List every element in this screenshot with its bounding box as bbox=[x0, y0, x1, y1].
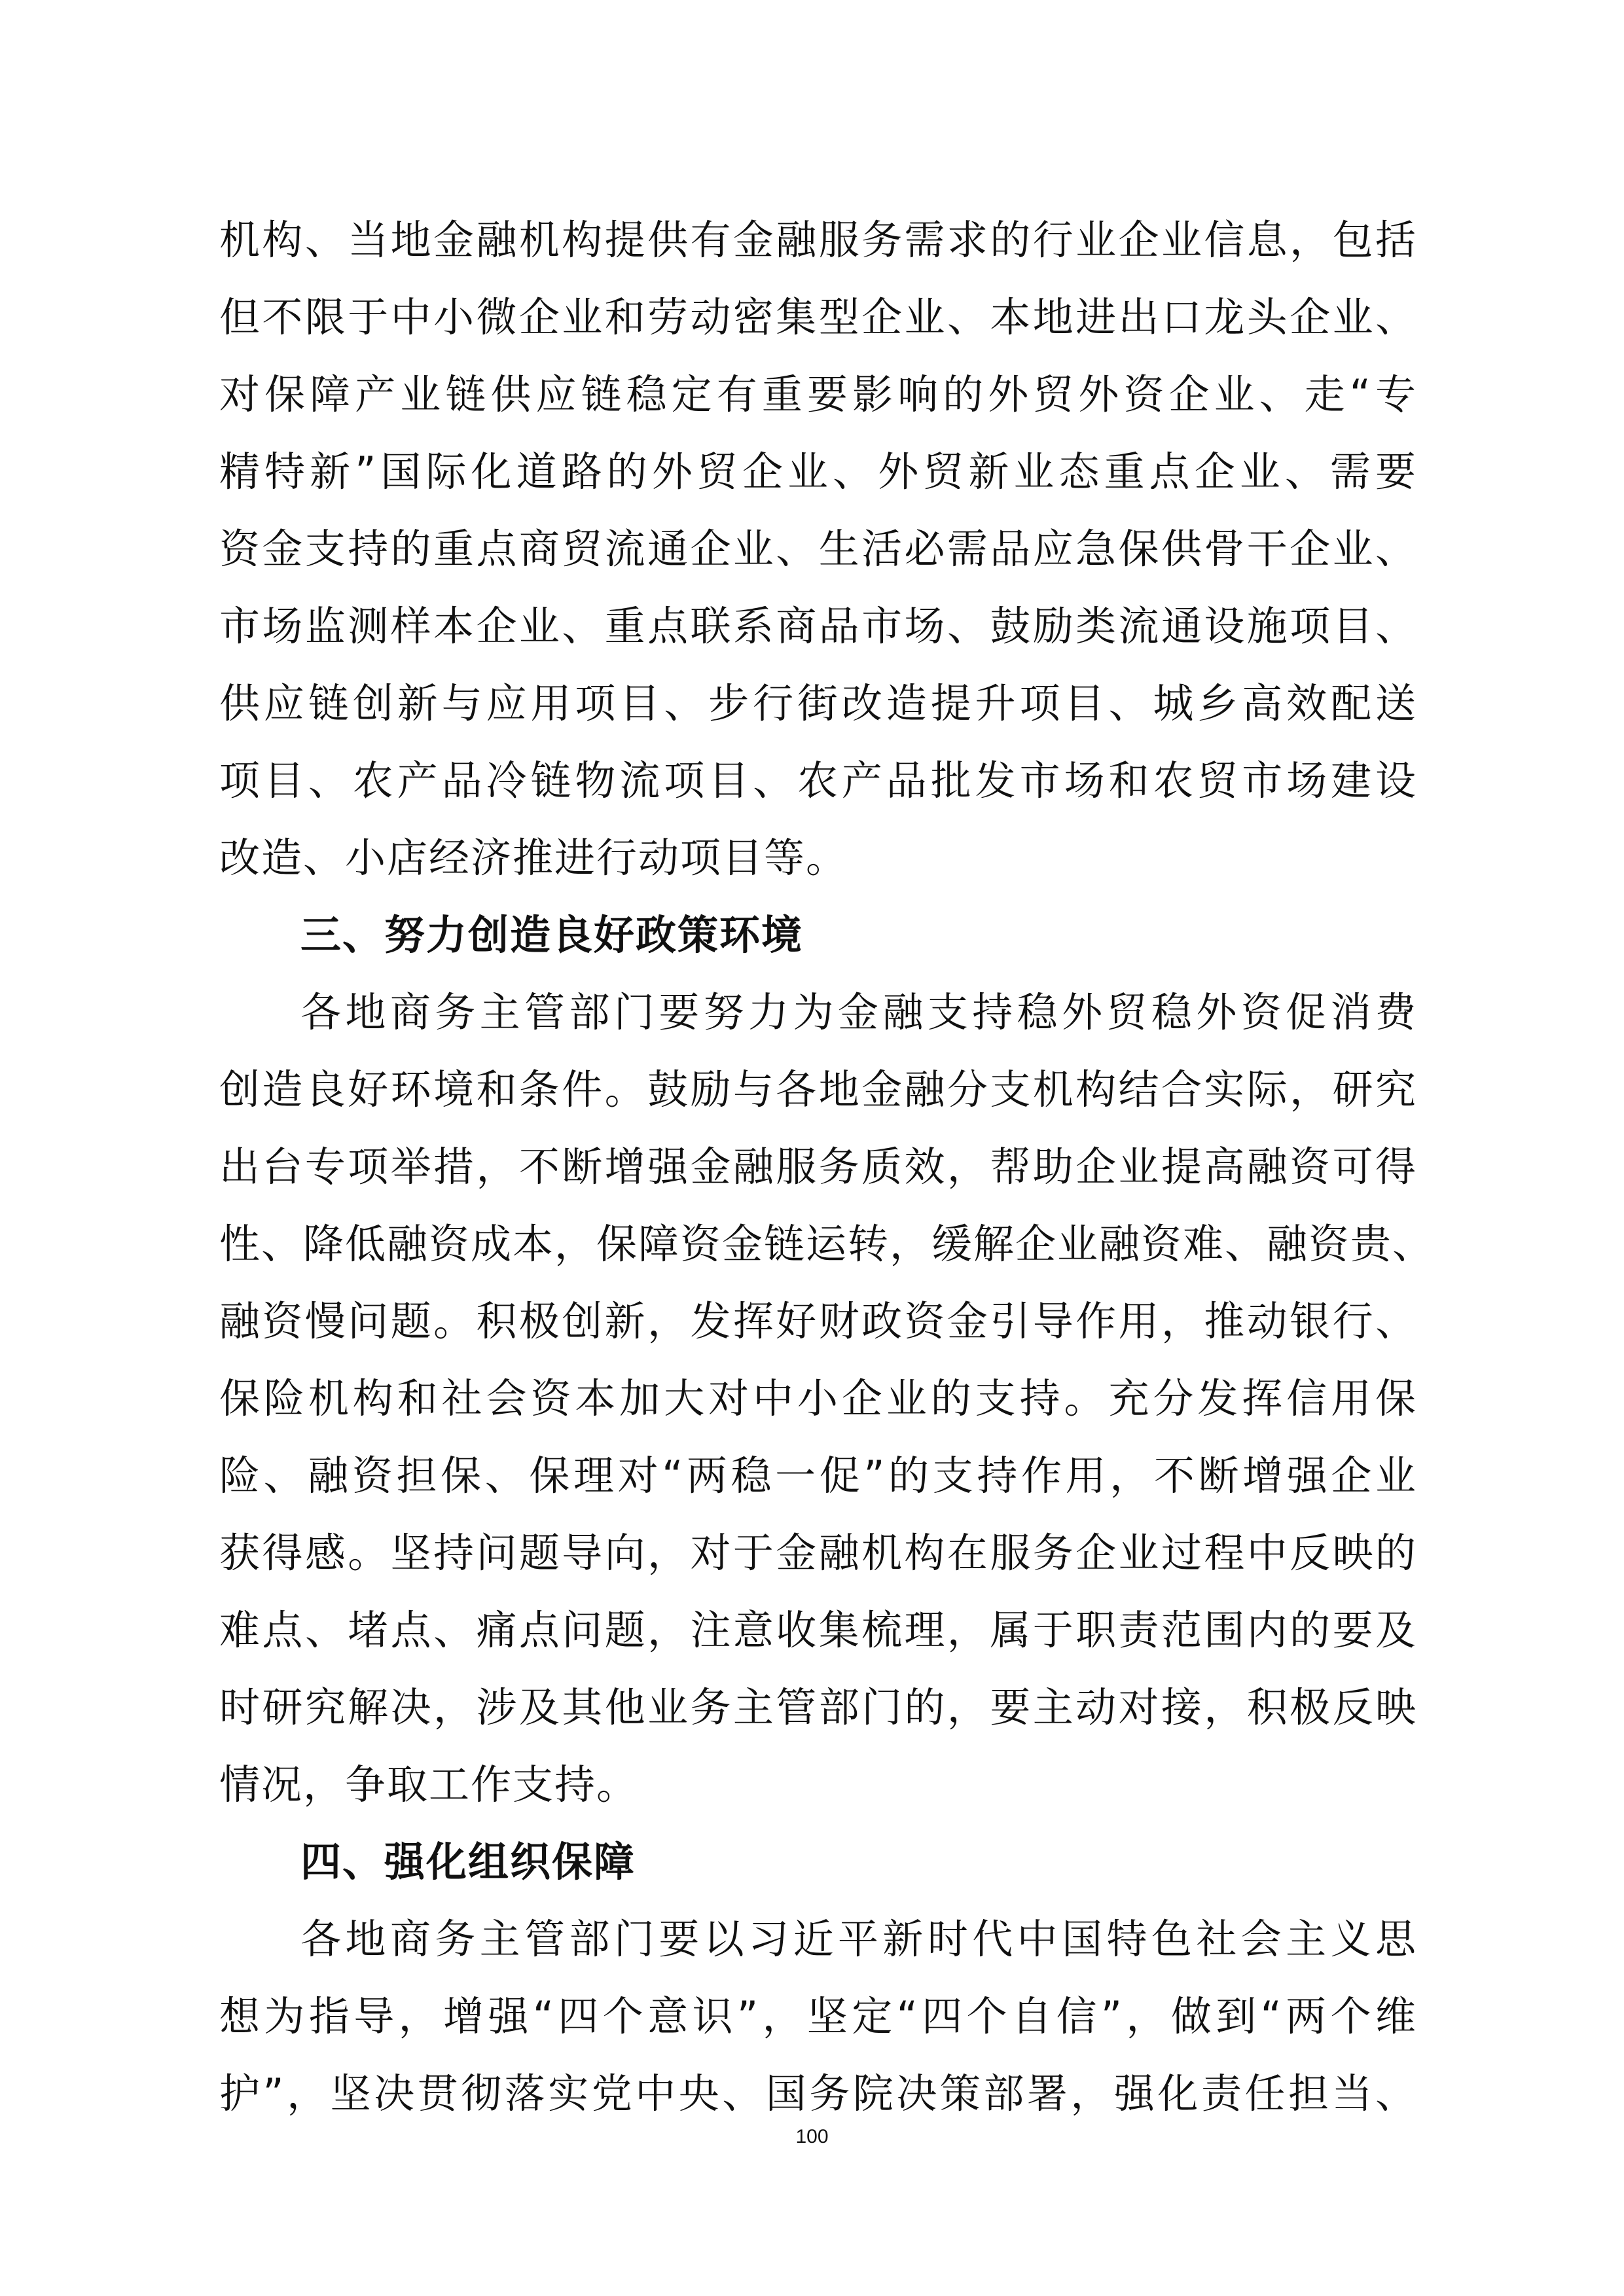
text-line: 机构、当地金融机构提供有金融服务需求的行业企业信息，包括 bbox=[219, 202, 1417, 279]
text-line: 难点、堵点、痛点问题，注意收集梳理，属于职责范围内的要及 bbox=[219, 1592, 1417, 1669]
document-page: 机构、当地金融机构提供有金融服务需求的行业企业信息，包括 但不限于中小微企业和劳… bbox=[0, 0, 1624, 2296]
text-line: 创造良好环境和条件。鼓励与各地金融分支机构结合实际，研究 bbox=[219, 1051, 1417, 1128]
text-line: 保险机构和社会资本加大对中小企业的支持。充分发挥信用保 bbox=[219, 1360, 1417, 1437]
text-line: 资金支持的重点商贸流通企业、生活必需品应急保供骨干企业、 bbox=[219, 511, 1417, 588]
section-heading: 三、努力创造良好政策环境 bbox=[219, 897, 1417, 974]
text-line: 各地商务主管部门要努力为金融支持稳外贸稳外资促消费 bbox=[219, 974, 1417, 1051]
text-line: 险、融资担保、保理对“两稳一促”的支持作用，不断增强企业 bbox=[219, 1437, 1417, 1515]
document-body: 机构、当地金融机构提供有金融服务需求的行业企业信息，包括 但不限于中小微企业和劳… bbox=[219, 202, 1417, 2132]
text-line: 性、降低融资成本，保障资金链运转，缓解企业融资难、融资贵、 bbox=[219, 1206, 1417, 1283]
text-line: 时研究解决，涉及其他业务主管部门的，要主动对接，积极反映 bbox=[219, 1669, 1417, 1746]
text-line: 精特新”国际化道路的外贸企业、外贸新业态重点企业、需要 bbox=[219, 433, 1417, 511]
text-line: 出台专项举措，不断增强金融服务质效，帮助企业提高融资可得 bbox=[219, 1128, 1417, 1206]
text-line: 市场监测样本企业、重点联系商品市场、鼓励类流通设施项目、 bbox=[219, 588, 1417, 665]
page-number: 100 bbox=[0, 2126, 1624, 2148]
text-line: 供应链创新与应用项目、步行街改造提升项目、城乡高效配送 bbox=[219, 665, 1417, 742]
text-line: 想为指导，增强“四个意识”，坚定“四个自信”，做到“两个维 bbox=[219, 1978, 1417, 2055]
section-heading: 四、强化组织保障 bbox=[219, 1823, 1417, 1901]
text-line: 融资慢问题。积极创新，发挥好财政资金引导作用，推动银行、 bbox=[219, 1283, 1417, 1360]
text-line: 获得感。坚持问题导向，对于金融机构在服务企业过程中反映的 bbox=[219, 1515, 1417, 1592]
text-line: 对保障产业链供应链稳定有重要影响的外贸外资企业、走“专 bbox=[219, 356, 1417, 433]
text-line: 项目、农产品冷链物流项目、农产品批发市场和农贸市场建设 bbox=[219, 742, 1417, 819]
text-line: 情况，争取工作支持。 bbox=[219, 1746, 1417, 1823]
text-line: 但不限于中小微企业和劳动密集型企业、本地进出口龙头企业、 bbox=[219, 279, 1417, 356]
text-line: 改造、小店经济推进行动项目等。 bbox=[219, 819, 1417, 897]
text-line: 护”，坚决贯彻落实党中央、国务院决策部署，强化责任担当、 bbox=[219, 2055, 1417, 2132]
text-line: 各地商务主管部门要以习近平新时代中国特色社会主义思 bbox=[219, 1901, 1417, 1978]
